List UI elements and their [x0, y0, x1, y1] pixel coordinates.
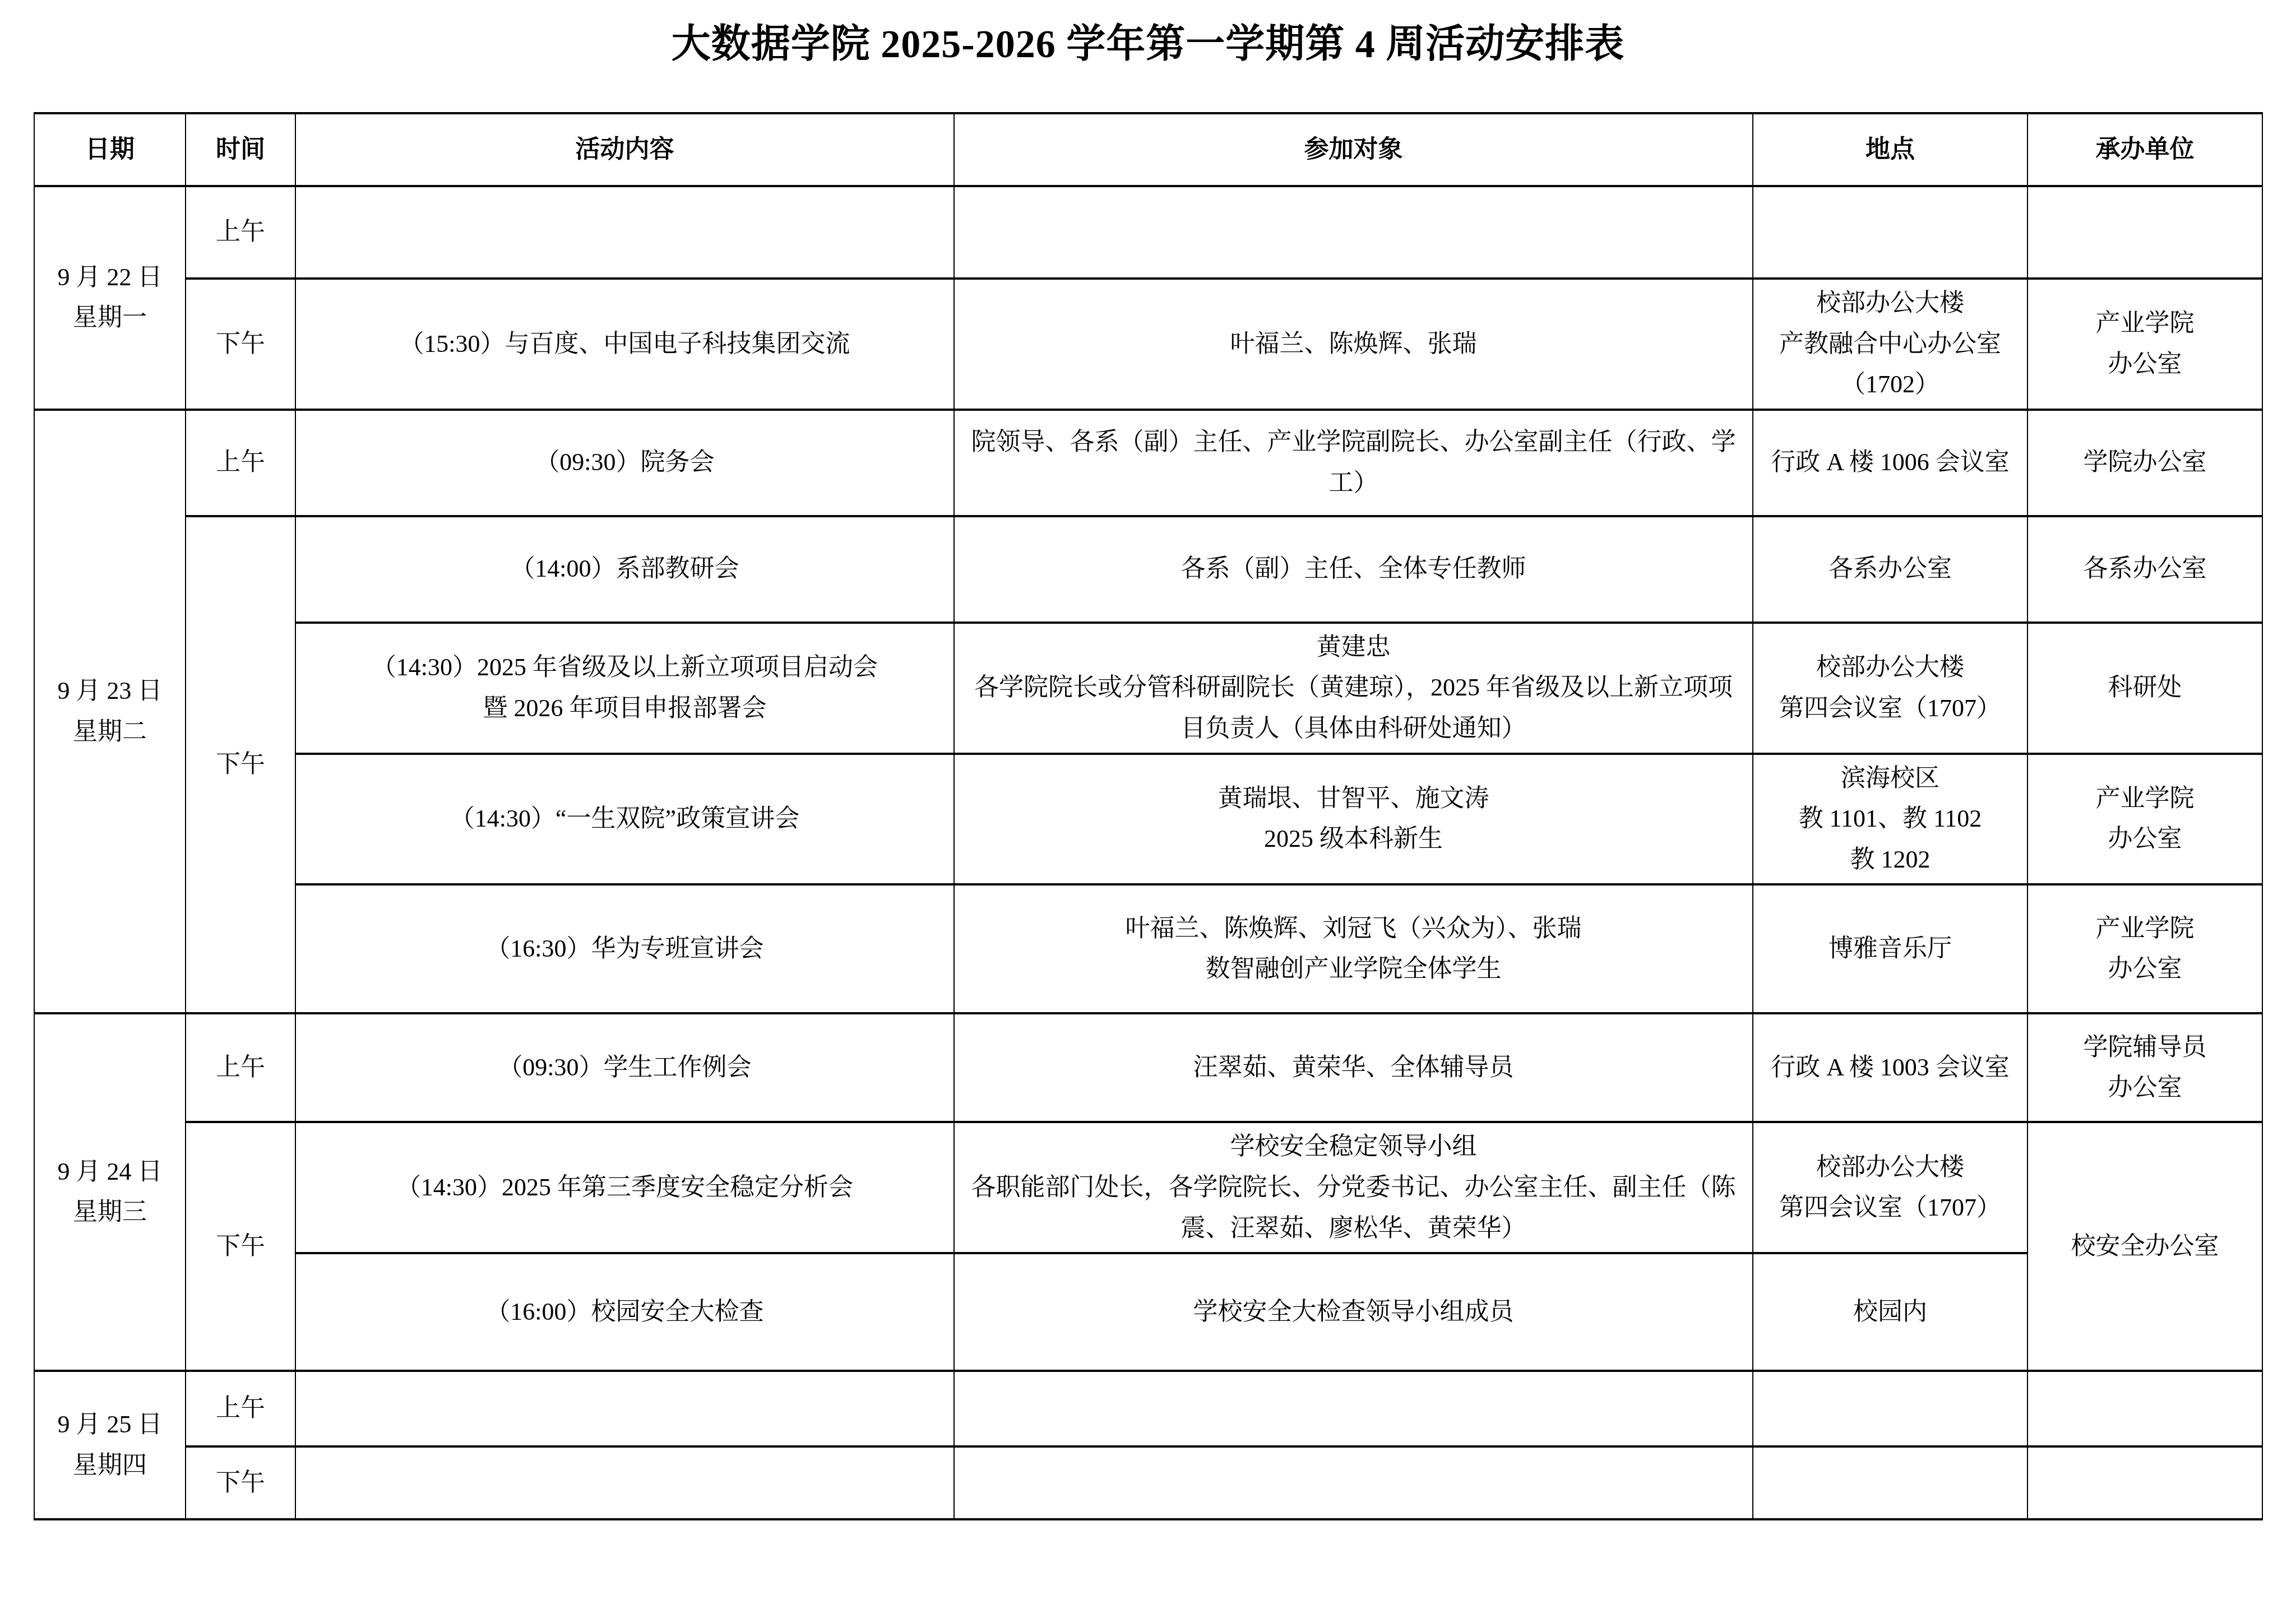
activity-cell: （15:30）与百度、中国电子科技集团交流 [295, 279, 954, 410]
activity-cell [295, 1371, 954, 1446]
participants-cell [954, 1371, 1753, 1446]
header-activity: 活动内容 [295, 113, 954, 186]
organizer-cell: 校安全办公室 [2027, 1122, 2262, 1371]
organizer-cell [2027, 1371, 2262, 1446]
date-cell-thu: 9 月 25 日 星期四 [34, 1371, 186, 1519]
activity-cell: （09:30）学生工作例会 [295, 1013, 954, 1122]
organizer-cell: 产业学院 办公室 [2027, 884, 2262, 1013]
location-cell: 校部办公大楼 产教融合中心办公室 （1702） [1753, 279, 2027, 410]
time-cell: 上午 [186, 410, 295, 516]
activity-cell [295, 186, 954, 279]
location-cell: 校园内 [1753, 1253, 2027, 1371]
activity-cell: （14:30）2025 年第三季度安全稳定分析会 [295, 1122, 954, 1253]
location-cell [1753, 1446, 2027, 1519]
organizer-cell: 学院办公室 [2027, 410, 2262, 516]
activity-cell: （16:00）校园安全大检查 [295, 1253, 954, 1371]
location-cell: 博雅音乐厅 [1753, 884, 2027, 1013]
organizer-cell: 学院辅导员 办公室 [2027, 1013, 2262, 1122]
date-cell-tue: 9 月 23 日 星期二 [34, 410, 186, 1014]
location-cell: 行政 A 楼 1003 会议室 [1753, 1013, 2027, 1122]
header-organizer: 承办单位 [2027, 113, 2262, 186]
participants-cell: 黄瑞垠、甘智平、施文涛 2025 级本科新生 [954, 754, 1753, 885]
participants-cell [954, 186, 1753, 279]
table-row: （16:00）校园安全大检查 学校安全大检查领导小组成员 校园内 [34, 1253, 2262, 1371]
activity-cell: （14:00）系部教研会 [295, 516, 954, 623]
weekly-schedule-table: 日期 时间 活动内容 参加对象 地点 承办单位 9 月 22 日 星期一 上午 … [34, 112, 2263, 1520]
participants-cell: 院领导、各系（副）主任、产业学院副院长、办公室副主任（行政、学工） [954, 410, 1753, 516]
organizer-cell: 科研处 [2027, 623, 2262, 754]
time-cell: 下午 [186, 1446, 295, 1519]
location-cell [1753, 186, 2027, 279]
activity-cell: （16:30）华为专班宣讲会 [295, 884, 954, 1013]
time-cell: 下午 [186, 279, 295, 410]
participants-cell: 叶福兰、陈焕辉、刘冠飞（兴众为）、张瑞 数智融创产业学院全体学生 [954, 884, 1753, 1013]
organizer-cell [2027, 1446, 2262, 1519]
location-cell: 滨海校区 教 1101、教 1102 教 1202 [1753, 754, 2027, 885]
activity-cell: （09:30）院务会 [295, 410, 954, 516]
header-row: 日期 时间 活动内容 参加对象 地点 承办单位 [34, 113, 2262, 186]
organizer-cell: 各系办公室 [2027, 516, 2262, 623]
participants-cell: 各系（副）主任、全体专任教师 [954, 516, 1753, 623]
time-cell: 上午 [186, 186, 295, 279]
participants-cell: 汪翠茹、黄荣华、全体辅导员 [954, 1013, 1753, 1122]
header-time: 时间 [186, 113, 295, 186]
table-row: （14:30）“一生双院”政策宣讲会 黄瑞垠、甘智平、施文涛 2025 级本科新… [34, 754, 2262, 885]
page-title: 大数据学院 2025-2026 学年第一学期第 4 周活动安排表 [0, 12, 2296, 69]
organizer-cell: 产业学院 办公室 [2027, 279, 2262, 410]
location-cell: 各系办公室 [1753, 516, 2027, 623]
table-row: 下午 （14:30）2025 年第三季度安全稳定分析会 学校安全稳定领导小组 各… [34, 1122, 2262, 1253]
organizer-cell: 产业学院 办公室 [2027, 754, 2262, 885]
header-participants: 参加对象 [954, 113, 1753, 186]
participants-cell [954, 1446, 1753, 1519]
activity-cell: （14:30）2025 年省级及以上新立项项目启动会 暨 2026 年项目申报部… [295, 623, 954, 754]
table-row: 9 月 25 日 星期四 上午 [34, 1371, 2262, 1446]
table-row: （14:30）2025 年省级及以上新立项项目启动会 暨 2026 年项目申报部… [34, 623, 2262, 754]
time-cell: 下午 [186, 1122, 295, 1371]
time-cell: 上午 [186, 1371, 295, 1446]
participants-cell: 黄建忠 各学院院长或分管科研副院长（黄建琼），2025 年省级及以上新立项项目负… [954, 623, 1753, 754]
time-cell: 下午 [186, 516, 295, 1014]
table-row: 下午 （15:30）与百度、中国电子科技集团交流 叶福兰、陈焕辉、张瑞 校部办公… [34, 279, 2262, 410]
location-cell: 行政 A 楼 1006 会议室 [1753, 410, 2027, 516]
table-row: 9 月 22 日 星期一 上午 [34, 186, 2262, 279]
activity-cell: （14:30）“一生双院”政策宣讲会 [295, 754, 954, 885]
organizer-cell [2027, 186, 2262, 279]
location-cell: 校部办公大楼 第四会议室（1707） [1753, 623, 2027, 754]
header-date: 日期 [34, 113, 186, 186]
activity-cell [295, 1446, 954, 1519]
participants-cell: 学校安全大检查领导小组成员 [954, 1253, 1753, 1371]
participants-cell: 叶福兰、陈焕辉、张瑞 [954, 279, 1753, 410]
location-cell [1753, 1371, 2027, 1446]
participants-cell: 学校安全稳定领导小组 各职能部门处长，各学院院长、分党委书记、办公室主任、副主任… [954, 1122, 1753, 1253]
table-row: 9 月 24 日 星期三 上午 （09:30）学生工作例会 汪翠茹、黄荣华、全体… [34, 1013, 2262, 1122]
table-row: 下午 [34, 1446, 2262, 1519]
date-cell-wed: 9 月 24 日 星期三 [34, 1013, 186, 1371]
table-row: （16:30）华为专班宣讲会 叶福兰、陈焕辉、刘冠飞（兴众为）、张瑞 数智融创产… [34, 884, 2262, 1013]
date-cell-mon: 9 月 22 日 星期一 [34, 186, 186, 410]
location-cell: 校部办公大楼 第四会议室（1707） [1753, 1122, 2027, 1253]
table-row: 9 月 23 日 星期二 上午 （09:30）院务会 院领导、各系（副）主任、产… [34, 410, 2262, 516]
table-row: 下午 （14:00）系部教研会 各系（副）主任、全体专任教师 各系办公室 各系办… [34, 516, 2262, 623]
header-location: 地点 [1753, 113, 2027, 186]
time-cell: 上午 [186, 1013, 295, 1122]
